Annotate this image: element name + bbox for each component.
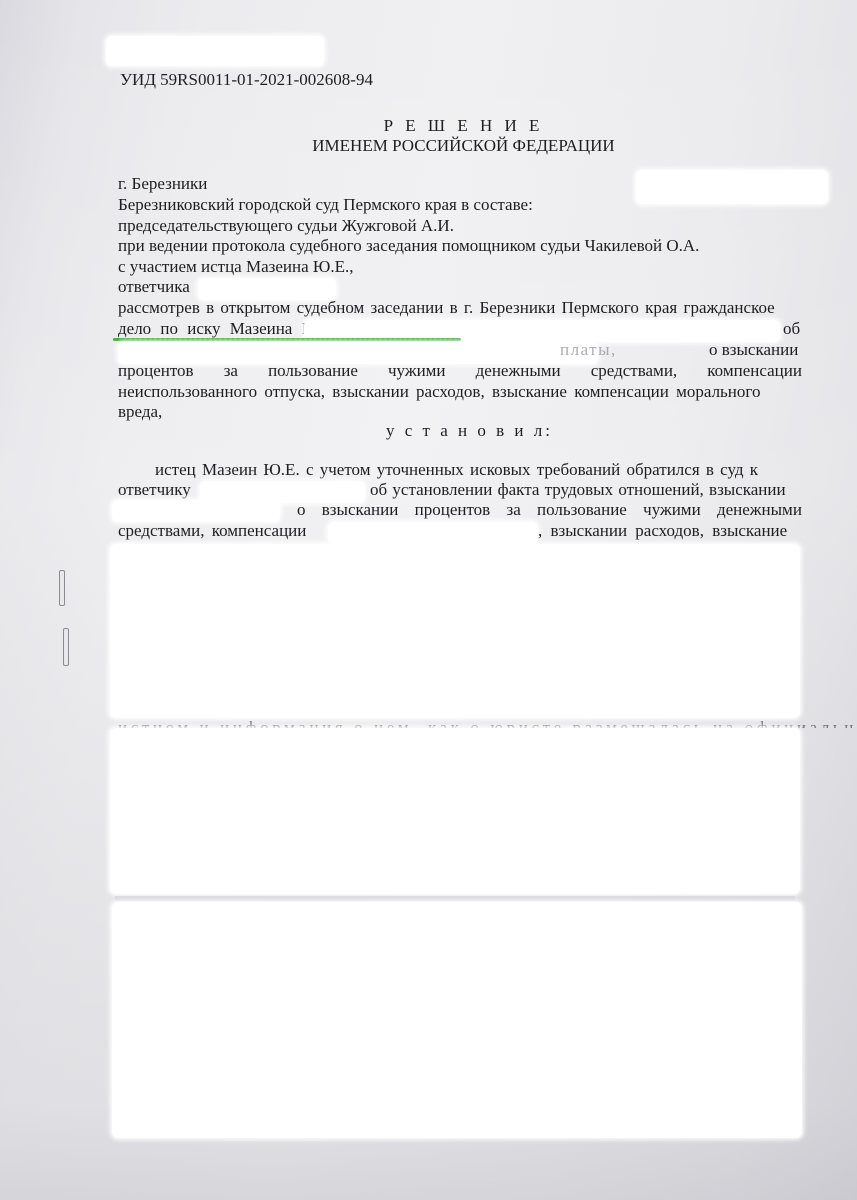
court-line: Березниковский городской суд Пермского к… [118, 195, 533, 215]
redaction-block-large [112, 902, 802, 1138]
word: компенсации [707, 361, 802, 381]
partially-hidden-line: истцом и информация о нем, как о юристе … [118, 718, 857, 728]
redaction-block [112, 500, 280, 522]
word: чужими [643, 500, 701, 520]
redaction-block [636, 170, 828, 204]
body-line-2-end: об установлении факта трудовых отношений… [370, 480, 786, 500]
intro-line-1: рассмотрев в открытом судебном заседании… [118, 298, 802, 318]
word: чужими [388, 361, 446, 381]
plaintiff-line: с участием истца Мазеина Ю.Е., [118, 257, 354, 277]
redaction-gap [115, 896, 795, 901]
word: о [297, 500, 306, 520]
body-line-4-start: средствами, компенсации [118, 521, 306, 541]
word: процентов [415, 500, 491, 520]
word: взыскании [322, 500, 399, 520]
document-subtitle: ИМЕНЕМ РОССИЙСКОЙ ФЕДЕРАЦИИ [0, 136, 857, 156]
redaction-block [106, 36, 324, 66]
word: пользование [268, 361, 358, 381]
word: процентов [118, 361, 194, 381]
word: за [224, 361, 238, 381]
word: денежными [717, 500, 802, 520]
protocol-line: при ведении протокола судебного заседани… [118, 236, 699, 256]
redaction-block [328, 522, 538, 544]
intro-line-6: вреда, [118, 402, 162, 422]
intro-line-2-end: об [783, 319, 800, 339]
word: денежными [476, 361, 561, 381]
intro-text: рассмотрев в открытом судебном заседании… [118, 298, 775, 318]
section-heading: у с т а н о в и л: [386, 421, 553, 441]
word: пользование [537, 500, 627, 520]
body-line-1: истец Мазеин Ю.Е. с учетом уточненных ис… [155, 460, 758, 480]
highlight-underline [113, 338, 461, 341]
word: средствами, [591, 361, 677, 381]
word: за [506, 500, 520, 520]
body-line-4-end: , взыскании расходов, взыскание [538, 521, 787, 541]
intro-line-5: неиспользованного отпуска, взыскании рас… [118, 382, 760, 402]
intro-line-3-end: о взыскании [709, 340, 798, 360]
staple-mark [59, 570, 65, 606]
obscured-text: платы, [560, 340, 617, 360]
defendant-line: ответчика [118, 277, 190, 297]
body-line-2-start: ответчику [118, 480, 191, 500]
document-title: Р Е Ш Е Н И Е [0, 116, 857, 136]
case-id: УИД 59RS0011-01-2021-002608-94 [120, 70, 373, 90]
redaction-block-large [110, 544, 800, 718]
redaction-block-large [110, 728, 800, 894]
staple-mark [63, 628, 69, 666]
redaction-block [198, 278, 336, 300]
body-line-3-end: о взыскании процентов за пользование чуж… [297, 500, 802, 520]
judge-line: председательствующего судьи Жужговой А.И… [118, 216, 454, 236]
intro-line-4: процентов за пользование чужими денежным… [118, 361, 802, 381]
city-line: г. Березники [118, 174, 207, 194]
